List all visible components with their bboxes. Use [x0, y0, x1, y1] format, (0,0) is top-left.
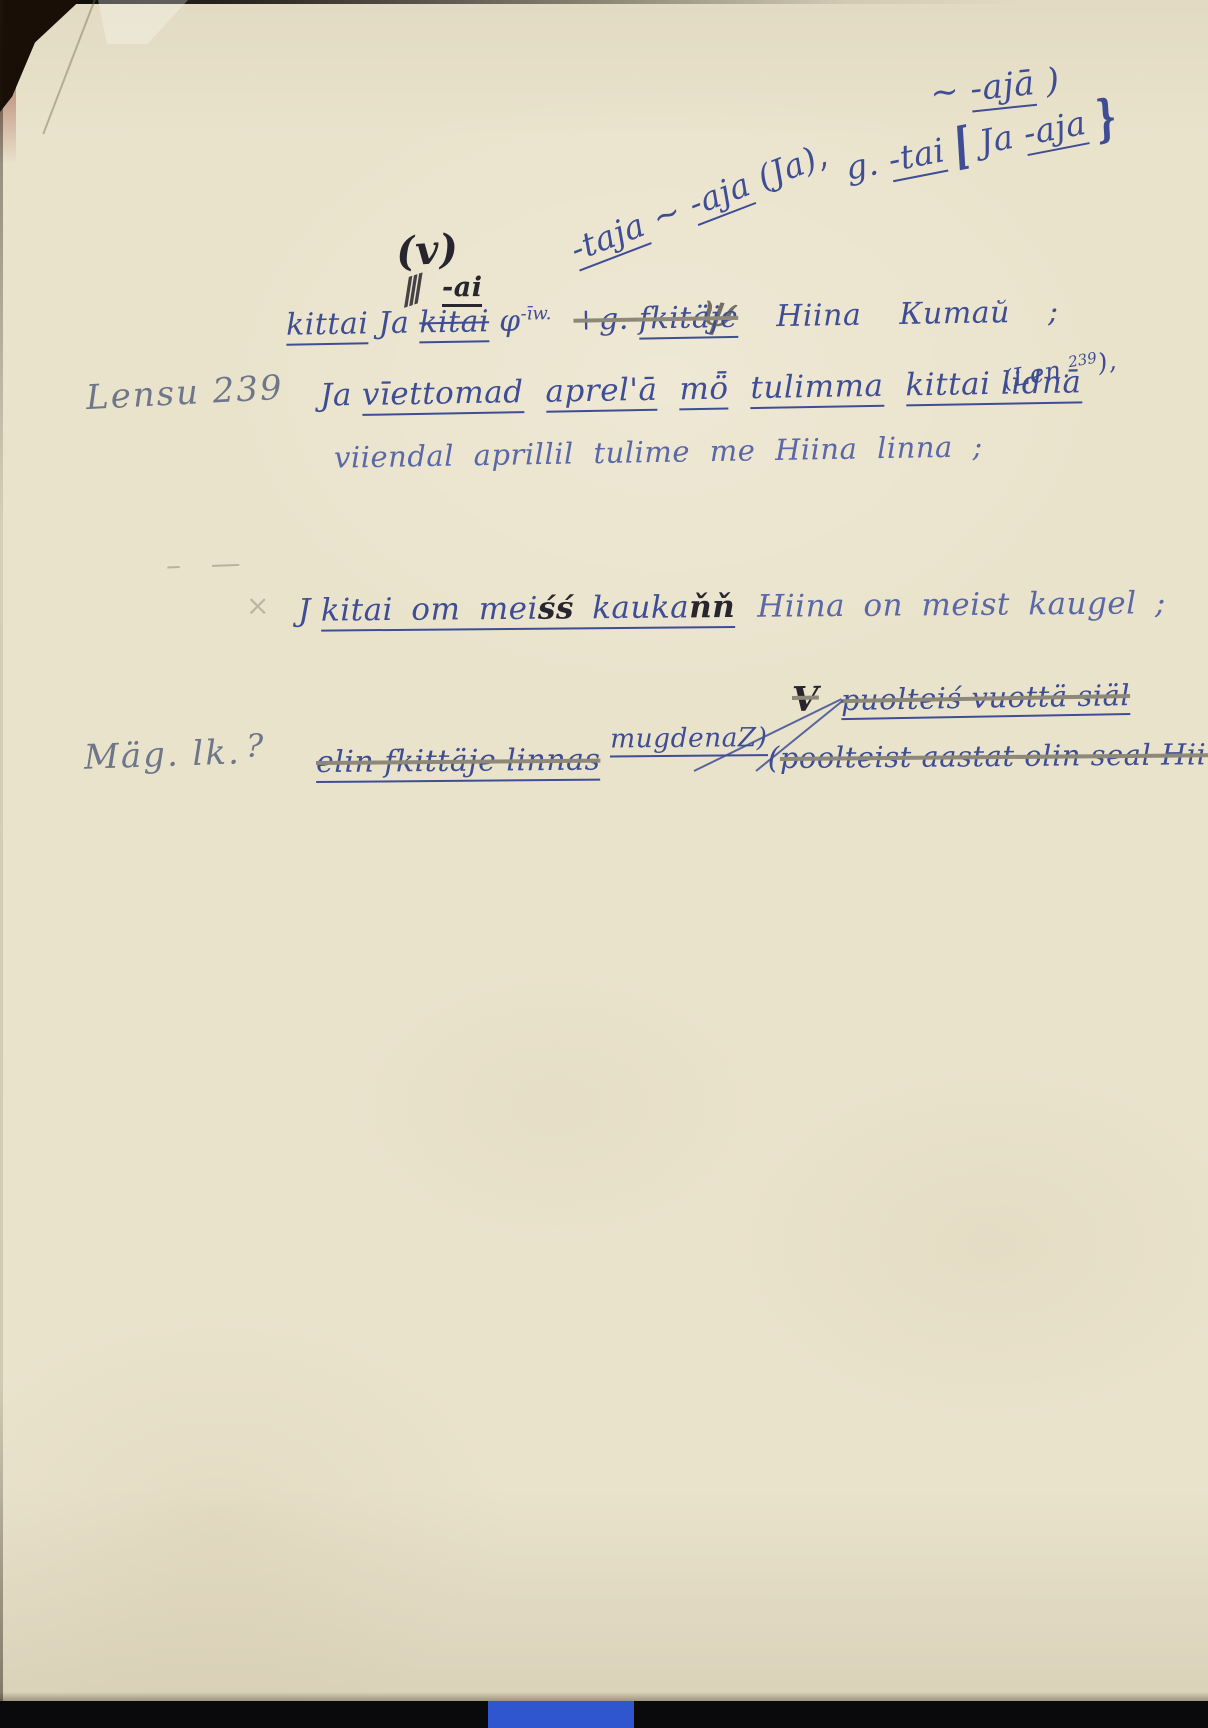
word-kauka: kauka [574, 589, 690, 626]
word-hiina-kaugel: Hiina on meist kaugel ; [757, 585, 1166, 625]
word-kittai: kittai [286, 306, 369, 345]
annotation-bracket-open: [ [949, 117, 976, 176]
caret-v: V [792, 679, 820, 719]
word-kittai-lidna: kittai lidnā [905, 364, 1082, 406]
annotation-taja: -taja [565, 205, 651, 272]
phi-superscript: -īw. [520, 303, 551, 325]
bottom-scan-bar-blue-segment [488, 1701, 634, 1728]
overwrite-ss: śś [538, 590, 574, 626]
word-fkitaje: fkitäje [639, 300, 739, 340]
line-kittai: kittaiJakitaiφ-īw.+g. fkitäjeHiinaКитай; [286, 295, 1059, 343]
phi-glyph: φ [499, 304, 521, 339]
scan-left-edge-shadow [0, 0, 3, 1728]
group-poolteist-struck: poolteist aastat olin seal Hiina [780, 737, 1208, 775]
ref-len-close: ), [1095, 346, 1118, 378]
pencil-dashes: – — [165, 547, 251, 584]
group-kitai-om: kitai om meiśś kaukaňň [321, 589, 736, 632]
annotation-bracket-aja: -aja [1020, 103, 1090, 156]
annotation-ja-paren: (Ja), [742, 135, 833, 201]
line-votic-sentence: Javīettomadaprel'āmȫtulimmakittai lidnā [320, 365, 1082, 414]
word-mugdena-raised: mugdenaZ) [610, 722, 768, 757]
annotation-g-label: g. [842, 141, 892, 188]
annotation-aja-top-tilde: ~ [928, 70, 972, 114]
line-elin: elin fkittäje linnasmugdenaZ)(poolteist … [316, 738, 1208, 781]
word-kitai-cyrillic: Китай [899, 295, 1010, 332]
word-kitai-om-mei: kitai om mei [321, 591, 538, 629]
group-puolteis-struck: Vpuolteiś vuottä siäl [792, 678, 1131, 718]
annotation-aja-top: ~ -ajā ) [928, 61, 1061, 113]
label-ai: -ai [442, 272, 482, 307]
word-hiina: Hiina [776, 298, 862, 334]
annotation-tai: -tai [885, 130, 949, 182]
word-ja: Ja [378, 306, 410, 342]
pencil-cross: × [246, 590, 270, 622]
annotation-aja-top-word: -ajā [968, 63, 1037, 113]
paper-fold-highlight [98, 0, 188, 44]
word-aprela: aprel'ā [545, 372, 658, 413]
word-j: J [298, 593, 311, 629]
word-g-prefix: +g. [573, 302, 639, 338]
word-tulimma: tulimma [750, 368, 884, 409]
margin-mag: Mäg. lk. [83, 733, 241, 778]
line1-semicolon: ; [1048, 294, 1059, 329]
overwrite-nn: ňň [689, 589, 735, 625]
label-v: (v) [394, 226, 460, 276]
annotation-taja-diagonal: -taja ~ -aja (Ja), [565, 136, 833, 269]
manuscript-page: ~ -ajā ) -taja ~ -aja (Ja), g. -tai[Ja -… [0, 0, 1208, 1728]
line-estonian-translation: viiendal aprillil tulime me Hiina linna … [334, 430, 983, 475]
word-kitai-struck: kitai [419, 304, 489, 343]
word-viettomad: vīettomad [362, 374, 524, 416]
margin-lensu: Lensu 239 [85, 369, 284, 418]
annotation-bracket-close: } [1090, 88, 1122, 148]
group-elin-struck: elin fkittäje linnas [316, 743, 601, 783]
line-kitai-kaugel: Jkitai om meiśś kaukaňňHiina on meist ka… [298, 586, 1166, 629]
word-ja2: Ja [320, 377, 353, 414]
margin-question: ? [246, 728, 264, 765]
annotation-bracket-ja: Ja [976, 115, 1028, 162]
line-puolteis: Vpuolteiś vuottä siäl [792, 675, 1131, 720]
bottom-paper-shadow [0, 1692, 1208, 1701]
annotation-aja-top-paren: ) [1033, 60, 1062, 102]
word-mo: mȫ [679, 371, 729, 411]
word-puolteis: puolteiś vuottä siäl [841, 678, 1131, 720]
word-phi: φ-īw. [499, 303, 552, 339]
